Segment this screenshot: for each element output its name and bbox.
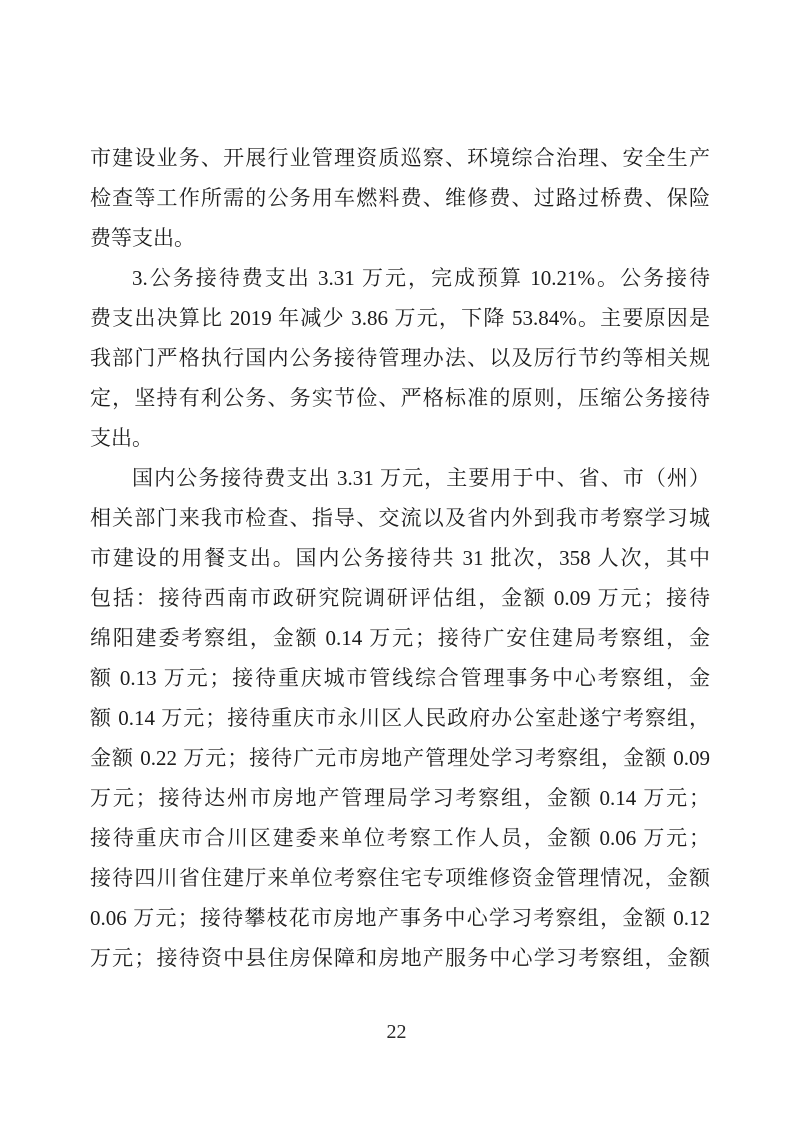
paragraph: 国内公务接待费支出 3.31 万元，主要用于中、省、市（州） 相关部门来我市检查… [90,458,710,978]
paragraph: 3.公务接待费支出 3.31 万元，完成预算 10.21%。公务接待 费支出决算… [90,258,710,458]
text-line: 我部门严格执行国内公务接待管理办法、以及厉行节约等相关规 [90,338,710,378]
text-line: 国内公务接待费支出 3.31 万元，主要用于中、省、市（州） [90,458,710,498]
page-footer: 22 [0,1018,793,1046]
text-line: 包括：接待西南市政研究院调研评估组，金额 0.09 万元；接待 [90,578,710,618]
text-line: 万元；接待资中县住房保障和房地产服务中心学习考察组，金额 [90,938,710,978]
text-line: 费等支出。 [90,218,710,258]
text-line: 额 0.13 万元；接待重庆城市管线综合管理事务中心考察组，金 [90,658,710,698]
text-line: 金额 0.22 万元；接待广元市房地产管理处学习考察组，金额 0.09 [90,738,710,778]
text-line: 绵阳建委考察组，金额 0.14 万元；接待广安住建局考察组，金 [90,618,710,658]
text-line: 定，坚持有利公务、务实节俭、严格标准的原则，压缩公务接待 [90,378,710,418]
text-line: 市建设的用餐支出。国内公务接待共 31 批次，358 人次，其中 [90,538,710,578]
text-line: 接待四川省住建厅来单位考察住宅专项维修资金管理情况，金额 [90,858,710,898]
paragraph: 市建设业务、开展行业管理资质巡察、环境综合治理、安全生产 检查等工作所需的公务用… [90,138,710,258]
text-line: 万元；接待达州市房地产管理局学习考察组，金额 0.14 万元； [90,778,710,818]
text-line: 额 0.14 万元；接待重庆市永川区人民政府办公室赴遂宁考察组， [90,698,710,738]
page-number: 22 [387,1021,407,1043]
text-line: 支出。 [90,418,710,458]
text-line: 费支出决算比 2019 年减少 3.86 万元，下降 53.84%。主要原因是 [90,298,710,338]
text-line: 3.公务接待费支出 3.31 万元，完成预算 10.21%。公务接待 [90,258,710,298]
document-text-block: 市建设业务、开展行业管理资质巡察、环境综合治理、安全生产 检查等工作所需的公务用… [90,138,710,978]
document-page: 市建设业务、开展行业管理资质巡察、环境综合治理、安全生产 检查等工作所需的公务用… [0,0,793,1122]
text-line: 相关部门来我市检查、指导、交流以及省内外到我市考察学习城 [90,498,710,538]
text-line: 检查等工作所需的公务用车燃料费、维修费、过路过桥费、保险 [90,178,710,218]
text-line: 接待重庆市合川区建委来单位考察工作人员，金额 0.06 万元； [90,818,710,858]
text-line: 0.06 万元；接待攀枝花市房地产事务中心学习考察组，金额 0.12 [90,898,710,938]
text-line: 市建设业务、开展行业管理资质巡察、环境综合治理、安全生产 [90,138,710,178]
